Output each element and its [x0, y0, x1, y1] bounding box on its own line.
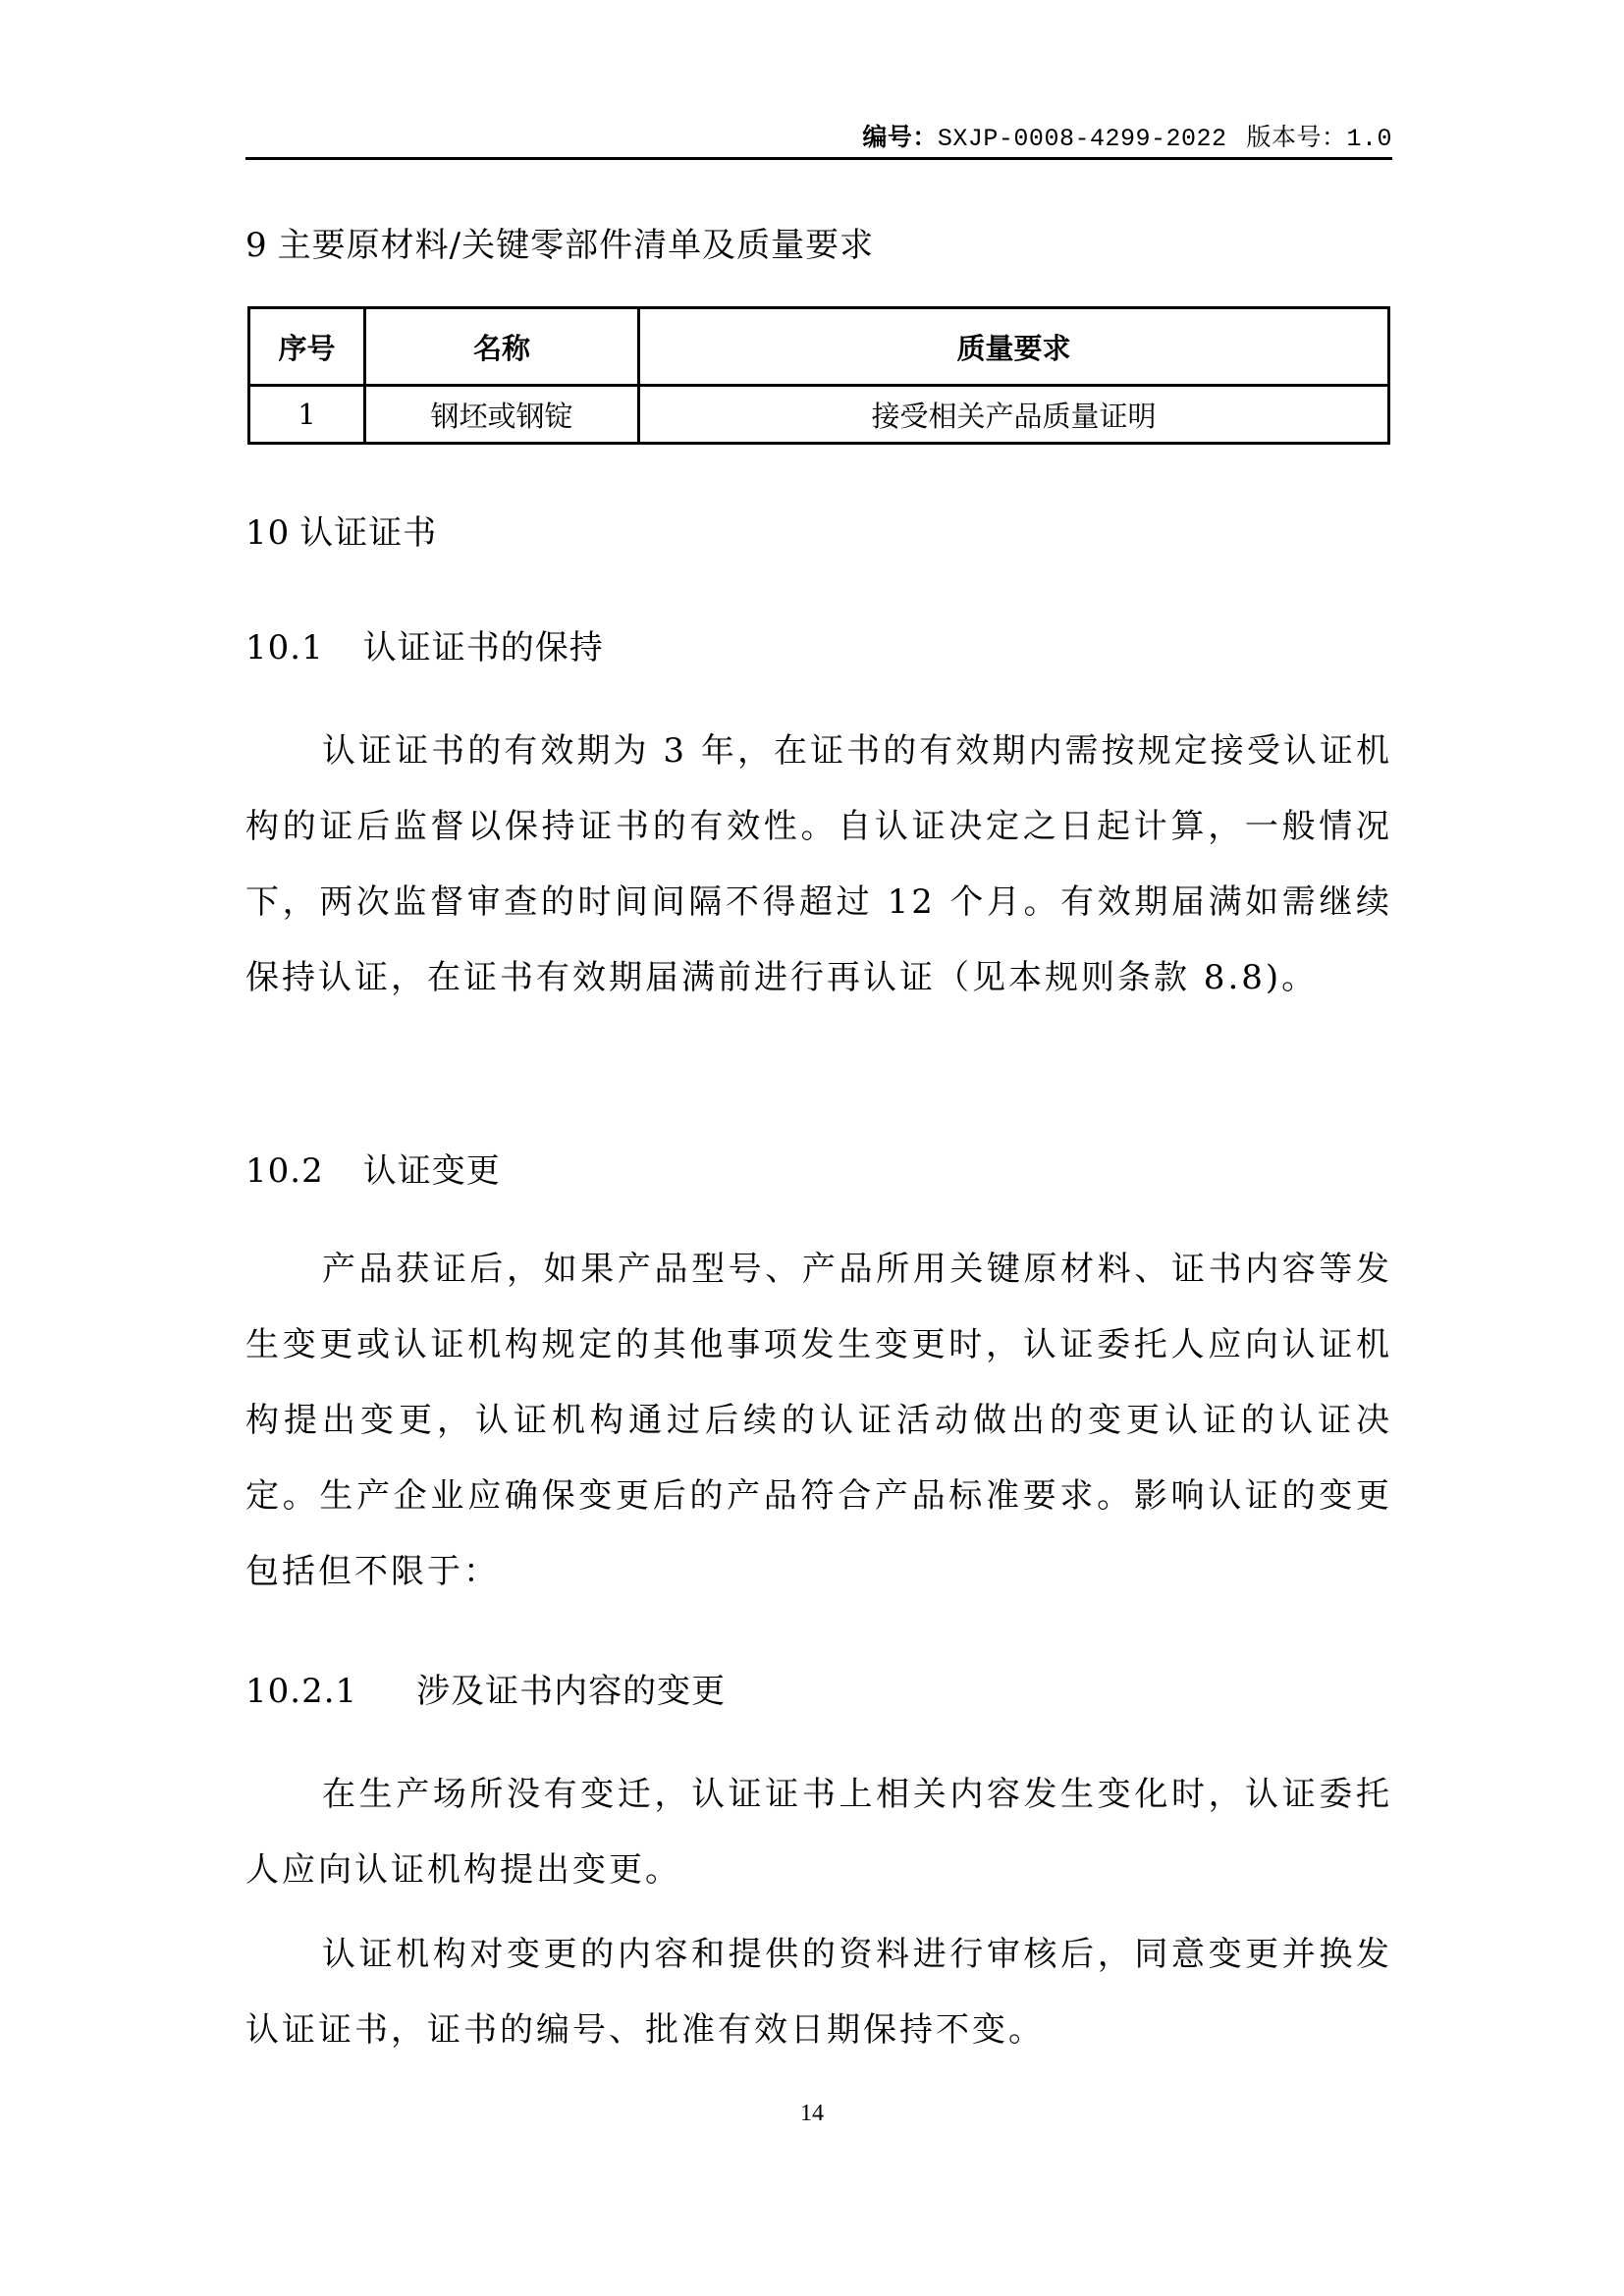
- column-header-name: 名称: [365, 308, 639, 386]
- section-number: 10.2.1: [245, 1672, 357, 1711]
- page-number: 14: [0, 2101, 1624, 2127]
- paragraph-certificate-retention: 认证证书的有效期为 3 年，在证书的有效期内需按规定接受认证机构的证后监督以保持…: [245, 714, 1392, 1016]
- section-title: 认证证书的保持: [363, 628, 604, 667]
- version-value: 1.0: [1346, 125, 1392, 153]
- section-title: 主要原材料/关键零部件清单及质量要求: [278, 226, 874, 265]
- paragraph-content-change-2: 认证机构对变更的内容和提供的资料进行审核后，同意变更并换发认证证书，证书的编号、…: [245, 1917, 1392, 2068]
- section-10-2-heading: 10.2认证变更: [245, 1144, 501, 1192]
- paragraph-certificate-change: 产品获证后，如果产品型号、产品所用关键原材料、证书内容等发生变更或认证机构规定的…: [245, 1232, 1392, 1610]
- section-number: 10.2: [245, 1151, 324, 1191]
- section-number: 10: [245, 513, 290, 553]
- materials-table: 序号 名称 质量要求 1 钢坯或钢锭 接受相关产品质量证明: [247, 306, 1390, 445]
- table-header-row: 序号 名称 质量要求: [249, 308, 1389, 386]
- paragraph-content-change-1: 在生产场所没有变迁，认证证书上相关内容发生变化时，认证委托人应向认证机构提出变更…: [245, 1757, 1392, 1908]
- cell-seq: 1: [249, 386, 365, 444]
- section-number: 10.1: [245, 628, 324, 667]
- doc-number-value: SXJP-0008-4299-2022: [938, 125, 1227, 153]
- table-row: 1 钢坯或钢锭 接受相关产品质量证明: [249, 386, 1389, 444]
- cell-requirement: 接受相关产品质量证明: [639, 386, 1389, 444]
- section-number: 9: [245, 226, 268, 265]
- section-title: 认证证书: [299, 513, 437, 553]
- section-title: 认证变更: [363, 1151, 501, 1191]
- version-label: 版本号：: [1246, 123, 1346, 151]
- section-10-heading: 10认证证书: [245, 506, 437, 554]
- section-10-2-1-heading: 10.2.1涉及证书内容的变更: [245, 1664, 726, 1712]
- doc-number-label: 编号：: [862, 123, 938, 151]
- cell-name: 钢坯或钢锭: [365, 386, 639, 444]
- section-10-1-heading: 10.1认证证书的保持: [245, 620, 604, 668]
- column-header-requirement: 质量要求: [639, 308, 1389, 386]
- section-title: 涉及证书内容的变更: [416, 1672, 726, 1711]
- section-9-heading: 9主要原材料/关键零部件清单及质量要求: [245, 218, 874, 266]
- page-header: 编号：SXJP-0008-4299-2022版本号：1.0: [245, 116, 1392, 159]
- column-header-seq: 序号: [249, 308, 365, 386]
- header-divider: [245, 157, 1392, 160]
